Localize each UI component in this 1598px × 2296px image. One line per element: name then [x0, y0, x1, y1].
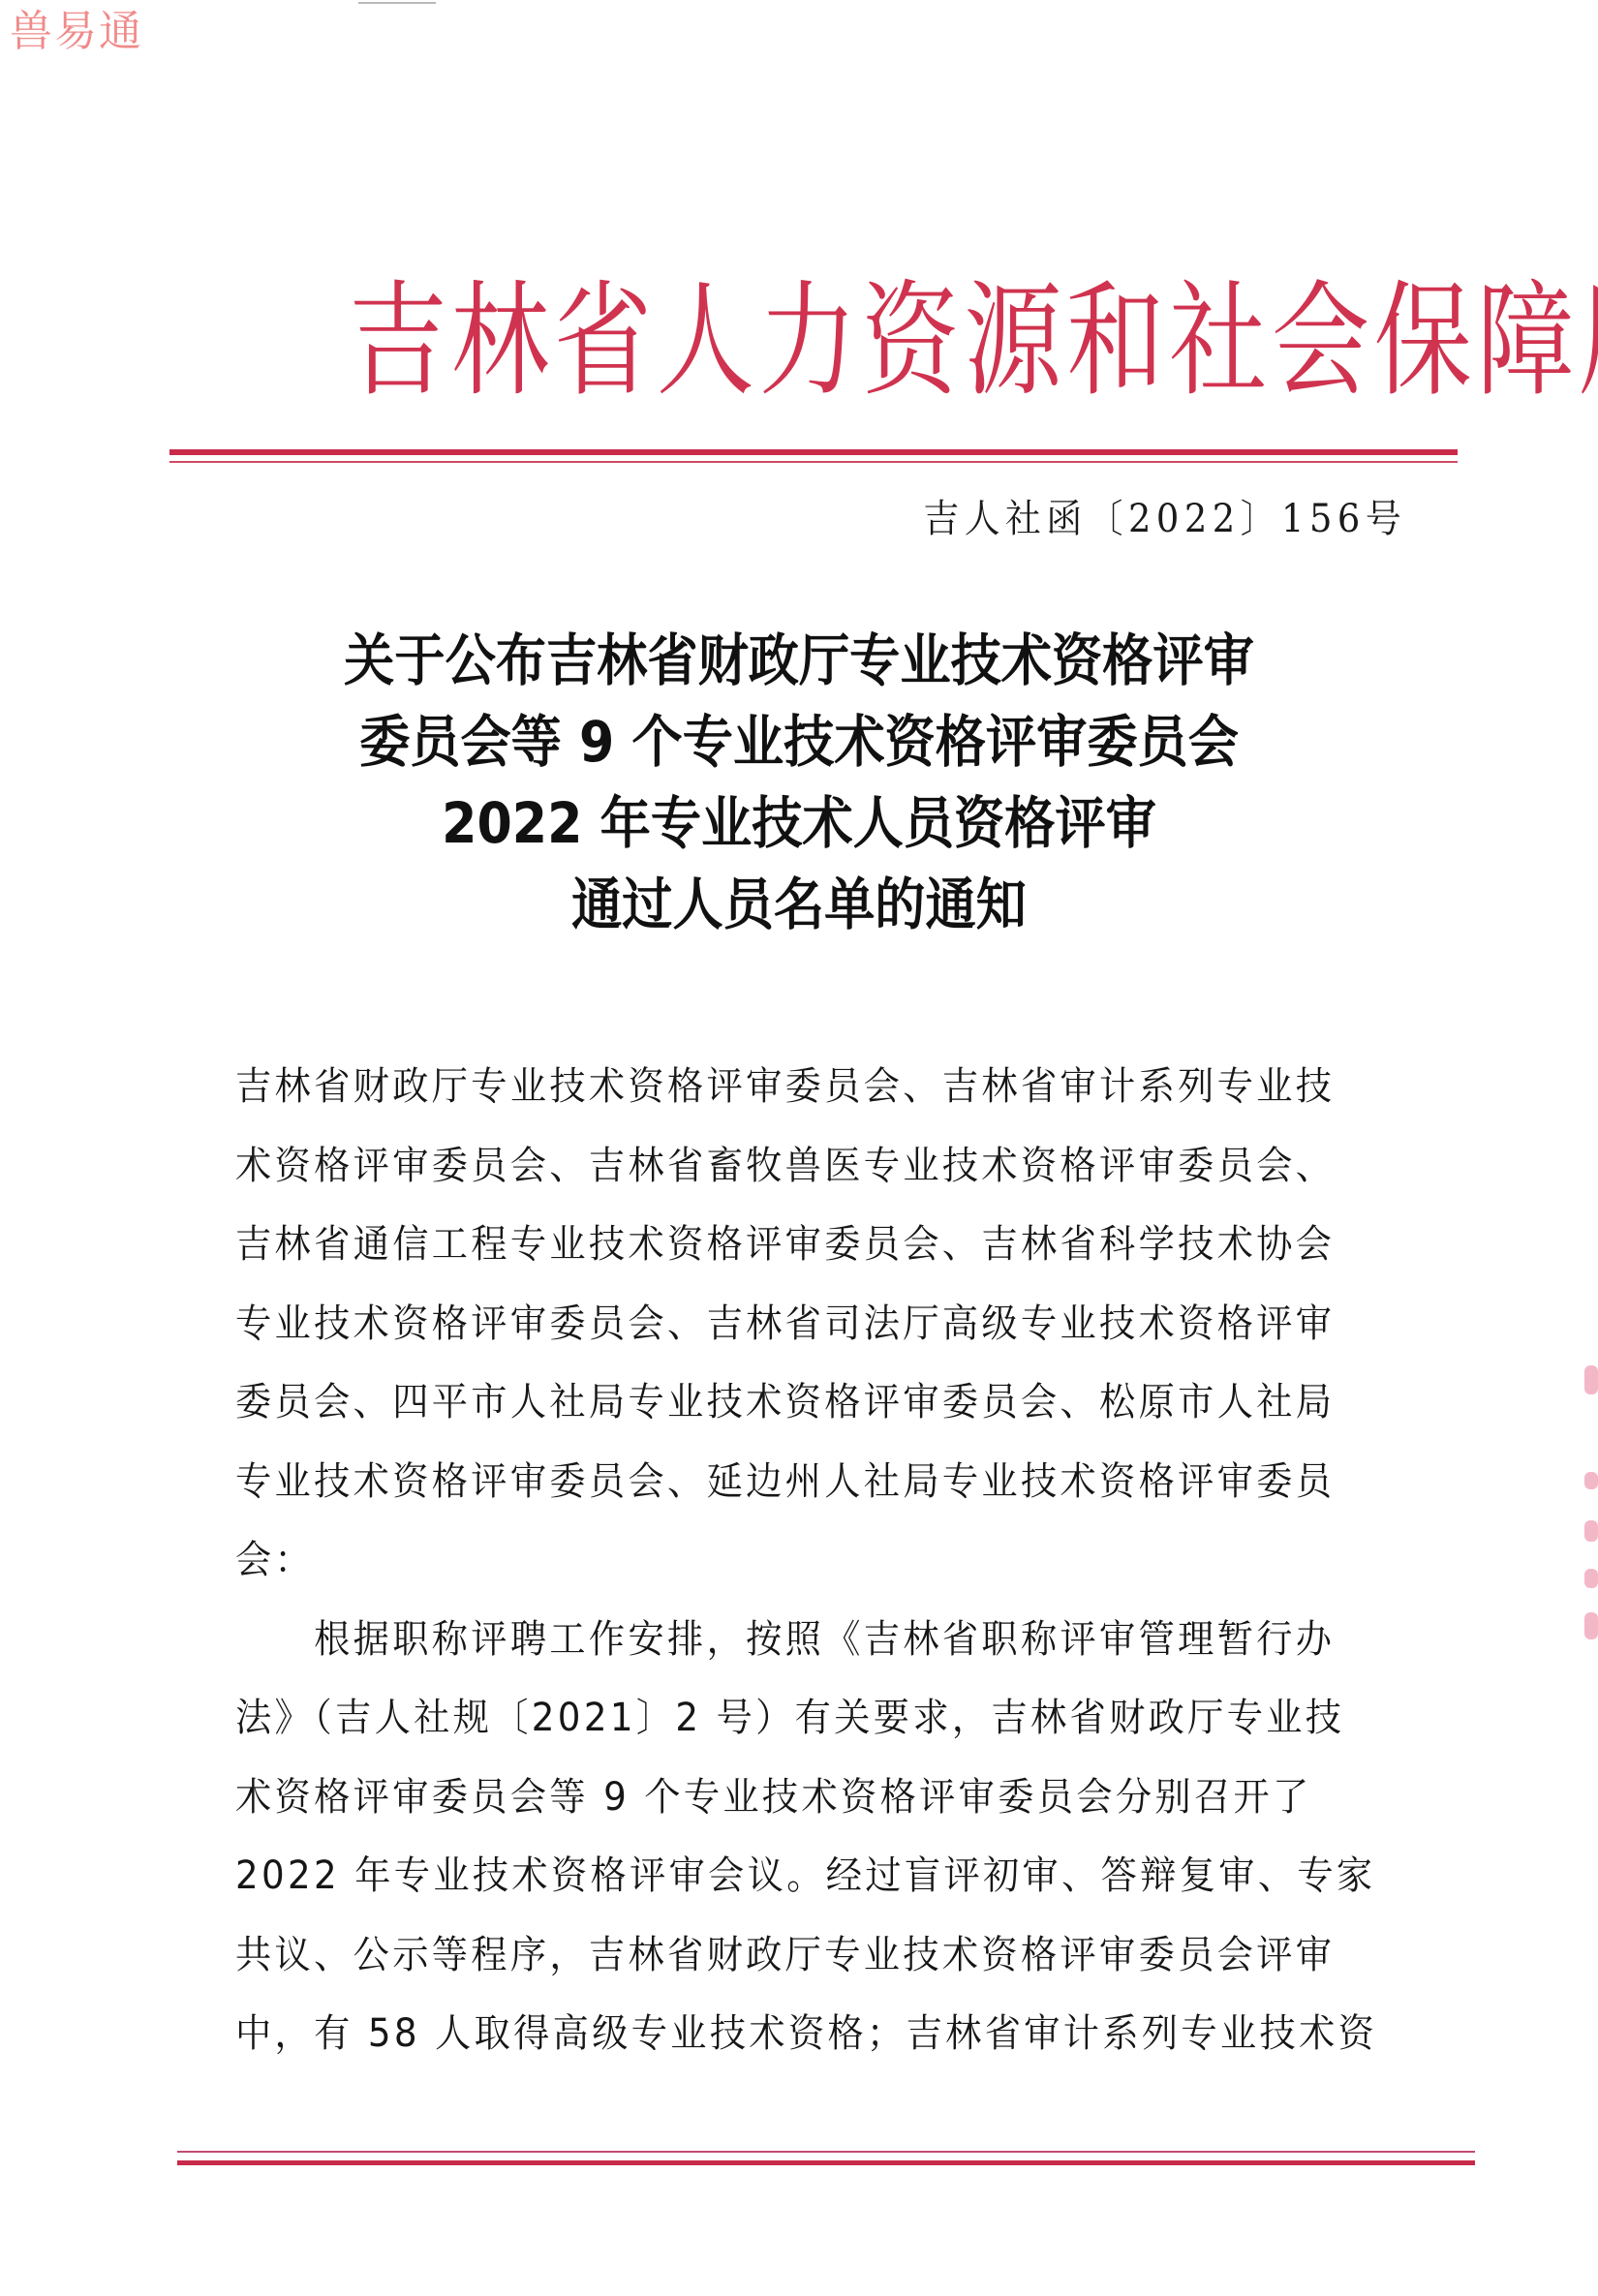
- title-line: 关于公布吉林省财政厅专业技术资格评审: [80, 620, 1519, 701]
- seal-fragment: [1584, 1365, 1598, 1394]
- body-line: 术资格评审委员会、吉林省畜牧兽医专业技术资格评审委员会、: [235, 1127, 1335, 1207]
- document-number: 吉人社函〔2022〕156号: [923, 492, 1406, 546]
- title-line: 委员会等 9 个专业技术资格评审委员会: [80, 701, 1519, 782]
- body-line: 术资格评审委员会等 9 个专业技术资格评审委员会分别召开了: [235, 1759, 1335, 1838]
- footer-rule-thin: [177, 2151, 1475, 2153]
- seal-fragment: [1584, 1612, 1598, 1639]
- body-line: 委员会、四平市人社局专业技术资格评审委员会、松原市人社局: [235, 1363, 1335, 1443]
- letterhead-organization: 吉林省人力资源和社会保障厅: [349, 260, 1298, 424]
- seal-fragment: [1584, 1472, 1598, 1489]
- body-line: 共议、公示等程序，吉林省财政厅专业技术资格评审委员会评审: [235, 1916, 1335, 1996]
- body-line: 中，有 58 人取得高级专业技术资格；吉林省审计系列专业技术资: [235, 1995, 1335, 2074]
- document-body: 吉林省财政厅专业技术资格评审委员会、吉林省审计系列专业技 术资格评审委员会、吉林…: [235, 1048, 1417, 2074]
- body-line: 根据职称评聘工作安排，按照《吉林省职称评审管理暂行办: [235, 1601, 1335, 1680]
- body-line: 吉林省财政厅专业技术资格评审委员会、吉林省审计系列专业技: [235, 1048, 1335, 1127]
- watermark: 兽易通: [10, 0, 143, 58]
- document-title: 关于公布吉林省财政厅专业技术资格评审 委员会等 9 个专业技术资格评审委员会 2…: [0, 620, 1598, 945]
- seal-fragment: [1584, 1520, 1598, 1542]
- footer-rule-thick: [177, 2160, 1475, 2165]
- seal-fragment: [1584, 1569, 1598, 1588]
- letterhead-rule-thin: [169, 461, 1458, 463]
- body-line: 法》（吉人社规〔2021〕2 号）有关要求，吉林省财政厅专业技: [235, 1679, 1335, 1759]
- body-line: 吉林省通信工程专业技术资格评审委员会、吉林省科学技术协会: [235, 1206, 1335, 1285]
- body-line: 2022 年专业技术资格评审会议。经过盲评初审、答辩复审、专家: [235, 1837, 1335, 1916]
- body-line: 会：: [235, 1521, 1335, 1601]
- body-line: 专业技术资格评审委员会、延边州人社局专业技术资格评审委员: [235, 1443, 1335, 1522]
- letterhead-rule-thick: [169, 449, 1458, 455]
- scan-artifact: [358, 2, 436, 4]
- body-line: 专业技术资格评审委员会、吉林省司法厅高级专业技术资格评审: [235, 1285, 1335, 1364]
- title-line: 2022 年专业技术人员资格评审: [80, 782, 1519, 864]
- title-line: 通过人员名单的通知: [80, 864, 1519, 945]
